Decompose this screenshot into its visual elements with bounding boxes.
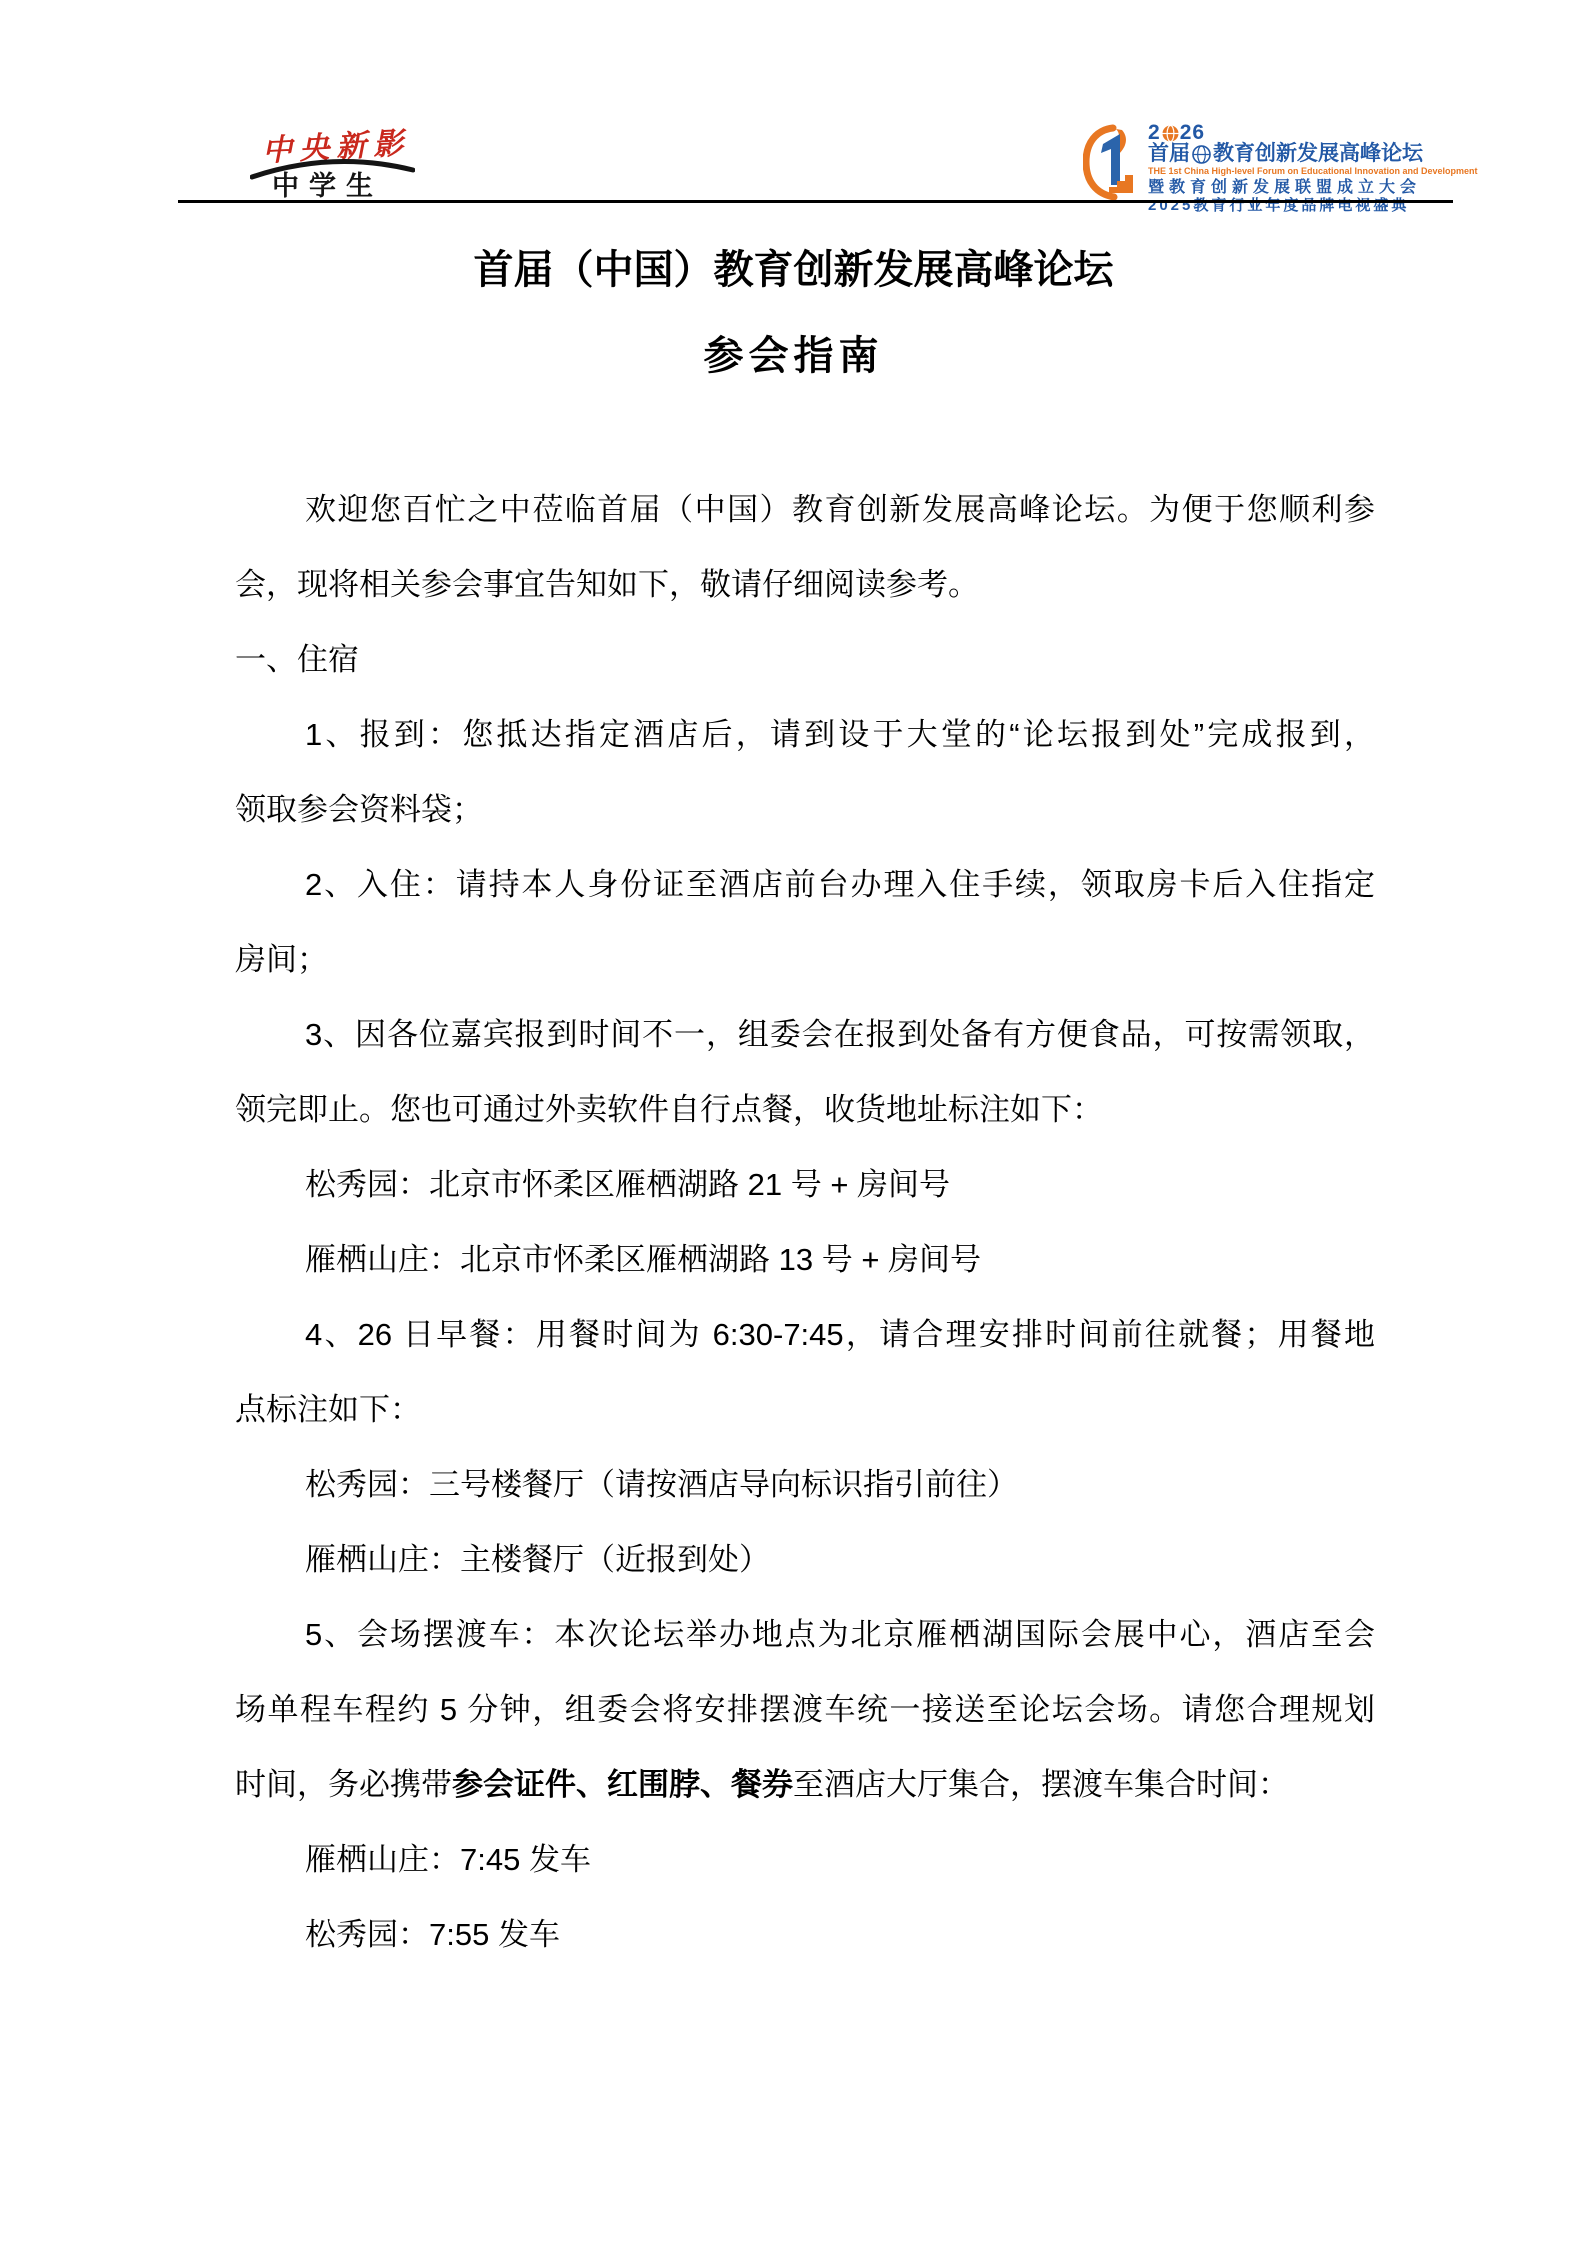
text-segment: 松秀园：三号楼餐厅（请按酒店导向标识指引前往） [305, 1467, 1018, 1502]
paragraph-line: 3、因各位嘉宾报到时间不一，组委会在报到处备有方便食品，可按需领取， [235, 997, 1375, 1072]
forum-emblem-icon [1083, 123, 1141, 201]
forum-name-pre: 首届 [1148, 143, 1190, 165]
paragraph-line: 雁栖山庄：主楼餐厅（近报到处） [235, 1522, 1375, 1597]
paragraph-line: 领取参会资料袋； [235, 772, 1375, 847]
text-segment: 房间； [235, 942, 328, 977]
forum-year: 2 26 [1148, 123, 1478, 143]
globe-icon [1162, 125, 1179, 142]
text-segment: 领完即止。您也可通过外卖软件自行点餐，收货地址标注如下： [235, 1092, 1103, 1127]
text-segment: 雁栖山庄：主楼餐厅（近报到处） [305, 1542, 770, 1577]
paragraph-line: 松秀园：三号楼餐厅（请按酒店导向标识指引前往） [235, 1447, 1375, 1522]
document-title: 首届（中国）教育创新发展高峰论坛 [0, 238, 1587, 295]
paragraph-line: 一、住宿 [235, 622, 1375, 697]
text-segment: 一、住宿 [235, 642, 359, 677]
paragraph-line: 欢迎您百忙之中莅临首届（中国）教育创新发展高峰论坛。为便于您顺利参 [235, 472, 1375, 547]
text-segment: 3、因各位嘉宾报到时间不一，组委会在报到处备有方便食品，可按需领取， [305, 1017, 1375, 1052]
text-segment: 场单程车程约 5 分钟，组委会将安排摆渡车统一接送至论坛会场。请您合理规划 [235, 1692, 1375, 1727]
paragraph-line: 雁栖山庄：7:45 发车 [235, 1822, 1375, 1897]
text-segment: 会，现将相关参会事宜告知如下，敬请仔细阅读参考。 [235, 567, 979, 602]
seal-globe-icon [1192, 145, 1211, 164]
text-segment: 雁栖山庄：北京市怀柔区雁栖湖路 13 号 + 房间号 [305, 1242, 981, 1277]
paragraph-line: 松秀园：7:55 发车 [235, 1897, 1375, 1972]
paragraph-line: 松秀园：北京市怀柔区雁栖湖路 21 号 + 房间号 [235, 1147, 1375, 1222]
paragraph-line: 场单程车程约 5 分钟，组委会将安排摆渡车统一接送至论坛会场。请您合理规划 [235, 1672, 1375, 1747]
paragraph-line: 房间； [235, 922, 1375, 997]
text-segment: 欢迎您百忙之中莅临首届（中国）教育创新发展高峰论坛。为便于您顺利参 [305, 492, 1375, 527]
zhongxuesheng-label: 中学生 [272, 164, 383, 203]
forum-subline-alliance: 暨教育创新发展联盟成立大会 [1148, 178, 1478, 197]
text-segment: 至酒店大厅集合，摆渡车集合时间： [793, 1767, 1289, 1802]
bold-text-segment: 参会证件、红围脖、餐券 [452, 1767, 793, 1802]
paragraph-line: 5、会场摆渡车：本次论坛举办地点为北京雁栖湖国际会展中心，酒店至会 [235, 1597, 1375, 1672]
forum-english-name: THE 1st China High-level Forum on Educat… [1148, 166, 1478, 177]
paragraph-line: 会，现将相关参会事宜告知如下，敬请仔细阅读参考。 [235, 547, 1375, 622]
document-body: 欢迎您百忙之中莅临首届（中国）教育创新发展高峰论坛。为便于您顺利参会，现将相关参… [235, 472, 1375, 1972]
paragraph-line: 2、入住：请持本人身份证至酒店前台办理入住手续，领取房卡后入住指定 [235, 847, 1375, 922]
text-segment: 领取参会资料袋； [235, 792, 483, 827]
text-segment: 5、会场摆渡车：本次论坛举办地点为北京雁栖湖国际会展中心，酒店至会 [305, 1617, 1375, 1652]
document-subtitle: 参会指南 [0, 324, 1587, 381]
paragraph-line: 领完即止。您也可通过外卖软件自行点餐，收货地址标注如下： [235, 1072, 1375, 1147]
text-segment: 雁栖山庄：7:45 发车 [305, 1842, 591, 1877]
forum-name-line: 首届 教育创新发展高峰论坛 [1148, 143, 1478, 165]
paragraph-line: 点标注如下： [235, 1372, 1375, 1447]
cctv-zhongxuesheng-logo: 中央新影 中学生 [250, 118, 415, 198]
paragraph-line: 时间，务必携带参会证件、红围脖、餐券至酒店大厅集合，摆渡车集合时间： [235, 1747, 1375, 1822]
text-segment: 1、报到：您抵达指定酒店后，请到设于大堂的“论坛报到处”完成报到， [305, 717, 1375, 752]
paragraph-line: 1、报到：您抵达指定酒店后，请到设于大堂的“论坛报到处”完成报到， [235, 697, 1375, 772]
year-prefix: 2 [1148, 123, 1161, 143]
text-segment: 4、26 日早餐：用餐时间为 6:30-7:45，请合理安排时间前往就餐；用餐地 [305, 1317, 1375, 1352]
text-segment: 点标注如下： [235, 1392, 421, 1427]
header-divider [178, 200, 1453, 203]
year-suffix: 26 [1180, 123, 1205, 143]
text-segment: 松秀园：7:55 发车 [305, 1917, 560, 1952]
text-segment: 时间，务必携带 [235, 1767, 452, 1802]
forum-name-post: 教育创新发展高峰论坛 [1213, 143, 1423, 165]
text-segment: 松秀园：北京市怀柔区雁栖湖路 21 号 + 房间号 [305, 1167, 950, 1202]
text-segment: 2、入住：请持本人身份证至酒店前台办理入住手续，领取房卡后入住指定 [305, 867, 1375, 902]
paragraph-line: 雁栖山庄：北京市怀柔区雁栖湖路 13 号 + 房间号 [235, 1222, 1375, 1297]
document-page: 中央新影 中学生 2 26 首届 [0, 0, 1587, 2245]
paragraph-line: 4、26 日早餐：用餐时间为 6:30-7:45，请合理安排时间前往就餐；用餐地 [235, 1297, 1375, 1372]
